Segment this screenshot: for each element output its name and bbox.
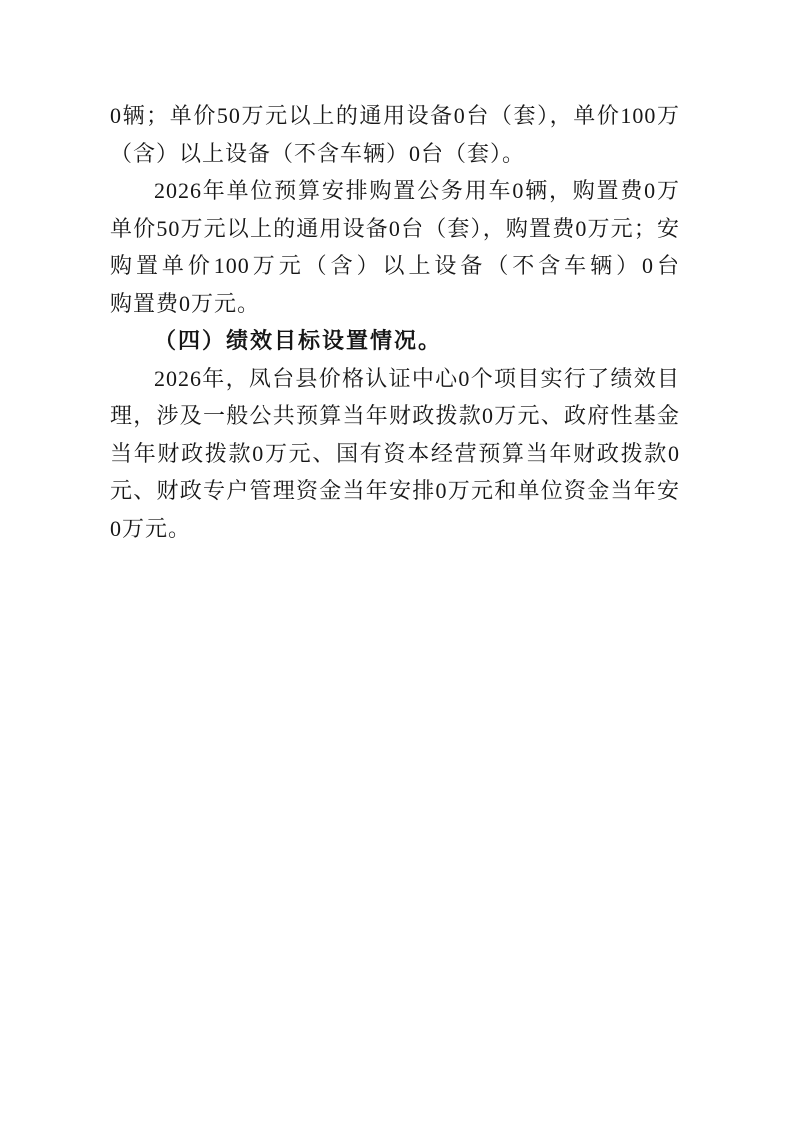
section-heading-line: （四）绩效目标设置情况。 <box>110 322 680 360</box>
text-line: 2026年，凤台县价格认证中心0个项目实行了绩效目标管 <box>110 360 680 398</box>
text-line: （含）以上设备（不含车辆）0台（套）。 <box>110 135 680 173</box>
text-line: 购置单价100万元（含）以上设备（不含车辆）0台（套）， <box>110 247 680 285</box>
text-line: 理，涉及一般公共预算当年财政拨款0万元、政府性基金预算 <box>110 397 680 435</box>
text-line: 0万元。 <box>110 510 680 548</box>
text-line: 0辆；单价50万元以上的通用设备0台（套），单价100万元 <box>110 97 680 135</box>
performance-target-paragraph: 2026年，凤台县价格认证中心0个项目实行了绩效目标管理，涉及一般公共预算当年财… <box>110 360 680 548</box>
text-line: 元、财政专户管理资金当年安排0万元和单位资金当年安排 <box>110 472 680 510</box>
document-page: 0辆；单价50万元以上的通用设备0台（套），单价100万元（含）以上设备（不含车… <box>0 0 793 1122</box>
section-four-heading: （四）绩效目标设置情况。 <box>110 322 680 360</box>
text-line: 当年财政拨款0万元、国有资本经营预算当年财政拨款0万 <box>110 435 680 473</box>
text-line: 2026年单位预算安排购置公务用车0辆，购置费0万元; <box>110 172 680 210</box>
text-line: 单价50万元以上的通用设备0台（套），购置费0万元；安排 <box>110 210 680 248</box>
text-line: 购置费0万元。 <box>110 285 680 323</box>
document-text-content: 0辆；单价50万元以上的通用设备0台（套），单价100万元（含）以上设备（不含车… <box>110 97 680 547</box>
2026-budget-purchase-paragraph: 2026年单位预算安排购置公务用车0辆，购置费0万元;单价50万元以上的通用设备… <box>110 172 680 322</box>
equipment-purchase-continuation-paragraph: 0辆；单价50万元以上的通用设备0台（套），单价100万元（含）以上设备（不含车… <box>110 97 680 172</box>
